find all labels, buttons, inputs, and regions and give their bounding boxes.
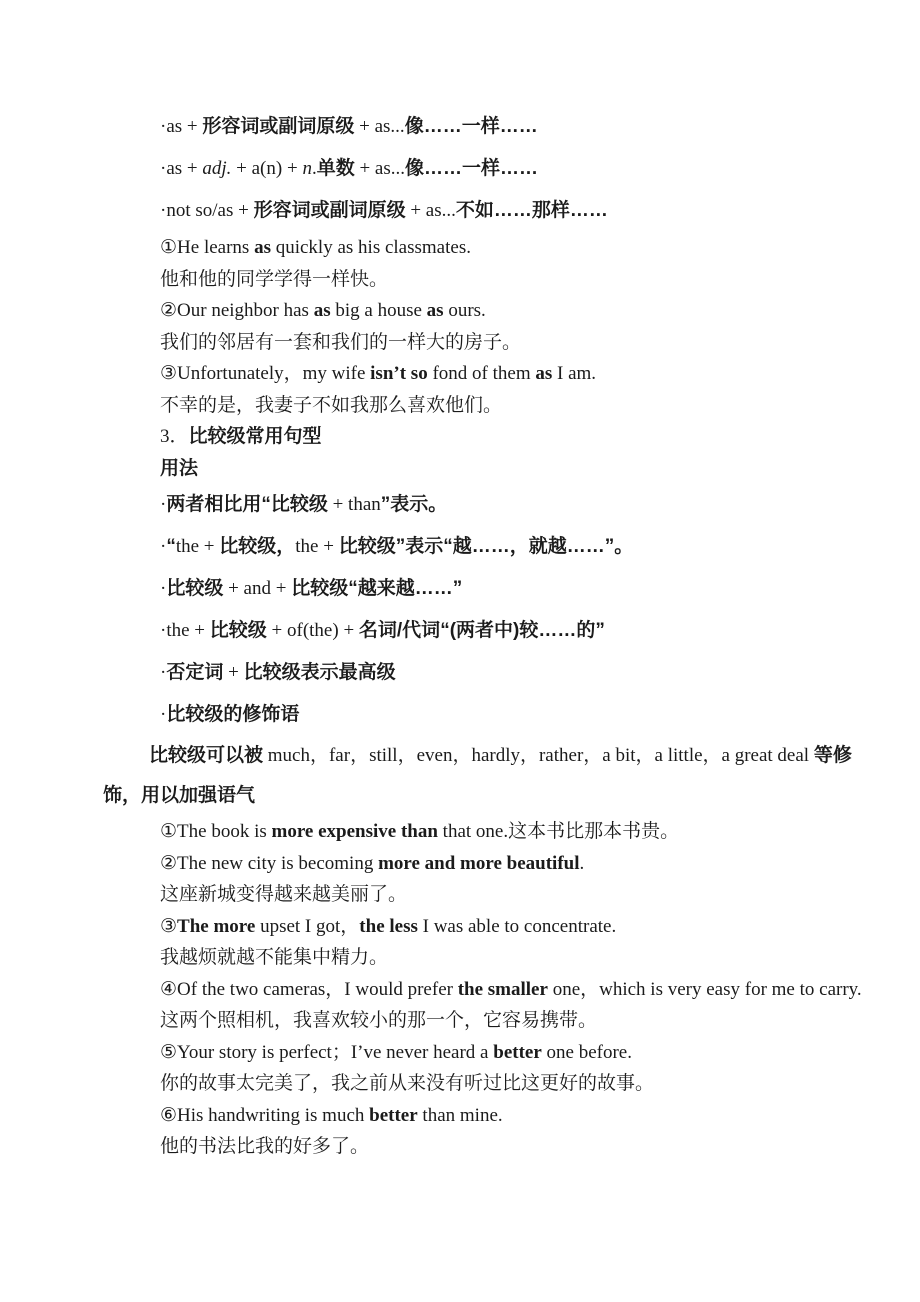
text-segment: one before. [542,1042,632,1063]
text-segment: 不幸的是，我妻子不如我那么喜欢他们。 [160,395,502,416]
text-segment: n [302,158,312,179]
text-segment: ④Of the two cameras，I would prefer [160,979,458,1000]
text-segment: adj. [202,158,231,179]
text-segment: 他的书法比我的好多了。 [160,1136,369,1157]
text-segment: 我越烦就越不能集中精力。 [160,947,388,968]
text-line: ④Of the two cameras，I would prefer the s… [103,974,824,1006]
text-segment: ③ [160,916,177,937]
text-line: 这座新城变得越来越美丽了。 [103,879,824,911]
text-segment: + a(n) + [231,158,302,179]
text-segment: 3． [160,426,189,447]
text-line: ②Our neighbor has as big a house as ours… [103,295,824,327]
text-segment: the less [359,916,418,937]
text-segment: ”表示“越……，就越……”。 [396,536,634,557]
text-segment: I was able to concentrate. [418,916,616,937]
text-line: ③Unfortunately，my wife isn’t so fond of … [103,358,824,390]
text-segment: isn’t so [370,363,428,384]
text-segment: 比较级 [339,536,396,557]
text-line: 饰，用以加强语气 [103,776,824,816]
text-segment: more expensive than [272,821,438,842]
text-segment: ·not so/as + [160,200,254,221]
text-segment: 你的故事太完美了，我之前从来没有听过比这更好的故事。 [160,1073,654,1094]
text-segment: 这座新城变得越来越美丽了。 [160,884,407,905]
text-segment: ②The new city is becoming [160,853,378,874]
text-segment: 名词/代词 [359,620,440,641]
text-line: 我越烦就越不能集中精力。 [103,942,824,974]
text-segment: the smaller [458,979,548,1000]
text-segment: 像……一样…… [405,116,538,137]
text-line: ②The new city is becoming more and more … [103,848,824,880]
text-segment: 比较级表示最高级 [244,662,396,683]
text-line: 比较级可以被 much，far，still，even，hardly，rather… [103,736,824,776]
text-segment: The more [177,916,255,937]
text-segment: ·as + [160,116,202,137]
text-segment: as [254,237,271,258]
text-segment: 单数 [317,158,355,179]
text-segment: ⑤Your story is perfect；I’ve never heard … [160,1042,493,1063]
text-segment: ·the + [160,620,210,641]
text-segment: better [493,1042,542,1063]
text-segment: ours. [444,300,486,321]
text-line: 不幸的是，我妻子不如我那么喜欢他们。 [103,390,824,422]
text-segment: that one. [438,821,508,842]
text-segment: 否定词 [166,662,223,683]
text-line: ·两者相比用“比较级 + than”表示。 [103,484,824,526]
text-line: ·the + 比较级 + of(the) + 名词/代词“(两者中)较……的” [103,610,824,652]
text-segment: 比较级， [219,536,295,557]
text-segment: 比较级可以被 [149,745,263,766]
text-segment: 两者相比用“比较级 [166,494,328,515]
text-line: 这两个照相机，我喜欢较小的那一个，它容易携带。 [103,1005,824,1037]
text-line: 他的书法比我的好多了。 [103,1131,824,1163]
text-segment: ①The book is [160,821,272,842]
text-segment: as [535,363,552,384]
text-segment: I am. [552,363,596,384]
text-segment: than mine. [418,1105,503,1126]
text-line: ·as + 形容词或副词原级 + as...像……一样…… [103,106,824,148]
text-segment: + as... [354,116,404,137]
text-line: ·否定词 + 比较级表示最高级 [103,652,824,694]
text-line: ·比较级 + and + 比较级“越来越……” [103,568,824,610]
text-line: ·as + adj. + a(n) + n.单数 + as...像……一样…… [103,148,824,190]
text-line: 你的故事太完美了，我之前从来没有听过比这更好的故事。 [103,1068,824,1100]
text-segment: ⑥His handwriting is much [160,1105,369,1126]
text-segment: 形容词或副词原级 [254,200,406,221]
text-line: 3．比较级常用句型 [103,421,824,453]
text-line: 他和他的同学学得一样快。 [103,264,824,296]
text-segment: + than [328,494,381,515]
text-segment: 比较级 [166,578,223,599]
text-line: ·比较级的修饰语 [103,694,824,736]
text-line: 我们的邻居有一套和我们的一样大的房子。 [103,327,824,359]
text-segment: 比较级 [210,620,267,641]
text-segment: 这两个照相机，我喜欢较小的那一个，它容易携带。 [160,1010,597,1031]
text-segment: “ [166,536,176,557]
text-line: ⑥His handwriting is much better than min… [103,1100,824,1132]
text-segment: much，far，still，even，hardly，rather，a bit，… [263,745,814,766]
text-segment: “(两者中)较……的” [440,620,605,641]
text-segment: . [580,853,585,874]
text-segment: more and more beautiful [378,853,579,874]
text-segment: 比较级的修饰语 [166,704,299,725]
text-segment: + as... [406,200,456,221]
text-segment: the + [176,536,219,557]
text-line: 用法 [103,453,824,485]
text-segment: 他和他的同学学得一样快。 [160,269,388,290]
text-segment: ③Unfortunately，my wife [160,363,370,384]
text-segment: upset I got， [255,916,359,937]
text-segment: 不如……那样…… [456,200,608,221]
text-segment: 比较级常用句型 [189,426,322,447]
text-segment: ·as + [160,158,202,179]
text-segment: ②Our neighbor has [160,300,314,321]
text-segment: 饰，用以加强语气 [103,785,255,806]
text-segment: + as... [355,158,405,179]
text-segment: ①He learns [160,237,254,258]
text-segment: quickly as his classmates. [271,237,471,258]
text-segment: better [369,1105,418,1126]
text-segment: the + [295,536,338,557]
text-line: ①He learns as quickly as his classmates. [103,232,824,264]
text-segment: 这本书比那本书贵。 [508,821,679,842]
text-segment: + and + [223,578,291,599]
text-segment: “越来越……” [348,578,462,599]
text-segment: 我们的邻居有一套和我们的一样大的房子。 [160,332,521,353]
text-segment: + [223,662,243,683]
document-body: ·as + 形容词或副词原级 + as...像……一样……·as + adj. … [103,106,824,1163]
text-line: ①The book is more expensive than that on… [103,816,824,848]
document-page: ·as + 形容词或副词原级 + as...像……一样……·as + adj. … [0,0,920,1302]
text-line: ⑤Your story is perfect；I’ve never heard … [103,1037,824,1069]
text-segment: 等修 [814,745,852,766]
text-segment: big a house [331,300,427,321]
text-segment: as [427,300,444,321]
text-segment: 像……一样…… [405,158,538,179]
text-segment: 形容词或副词原级 [202,116,354,137]
text-line: ·“the + 比较级，the + 比较级”表示“越……，就越……”。 [103,526,824,568]
text-segment: 用法 [160,458,198,479]
text-segment: + of(the) + [267,620,359,641]
text-line: ③The more upset I got，the less I was abl… [103,911,824,943]
text-segment: as [314,300,331,321]
text-segment: fond of them [428,363,536,384]
text-segment: ”表示。 [381,494,448,515]
text-segment: 比较级 [291,578,348,599]
text-line: ·not so/as + 形容词或副词原级 + as...不如……那样…… [103,190,824,232]
text-segment: one，which is very easy for me to carry. [548,979,862,1000]
